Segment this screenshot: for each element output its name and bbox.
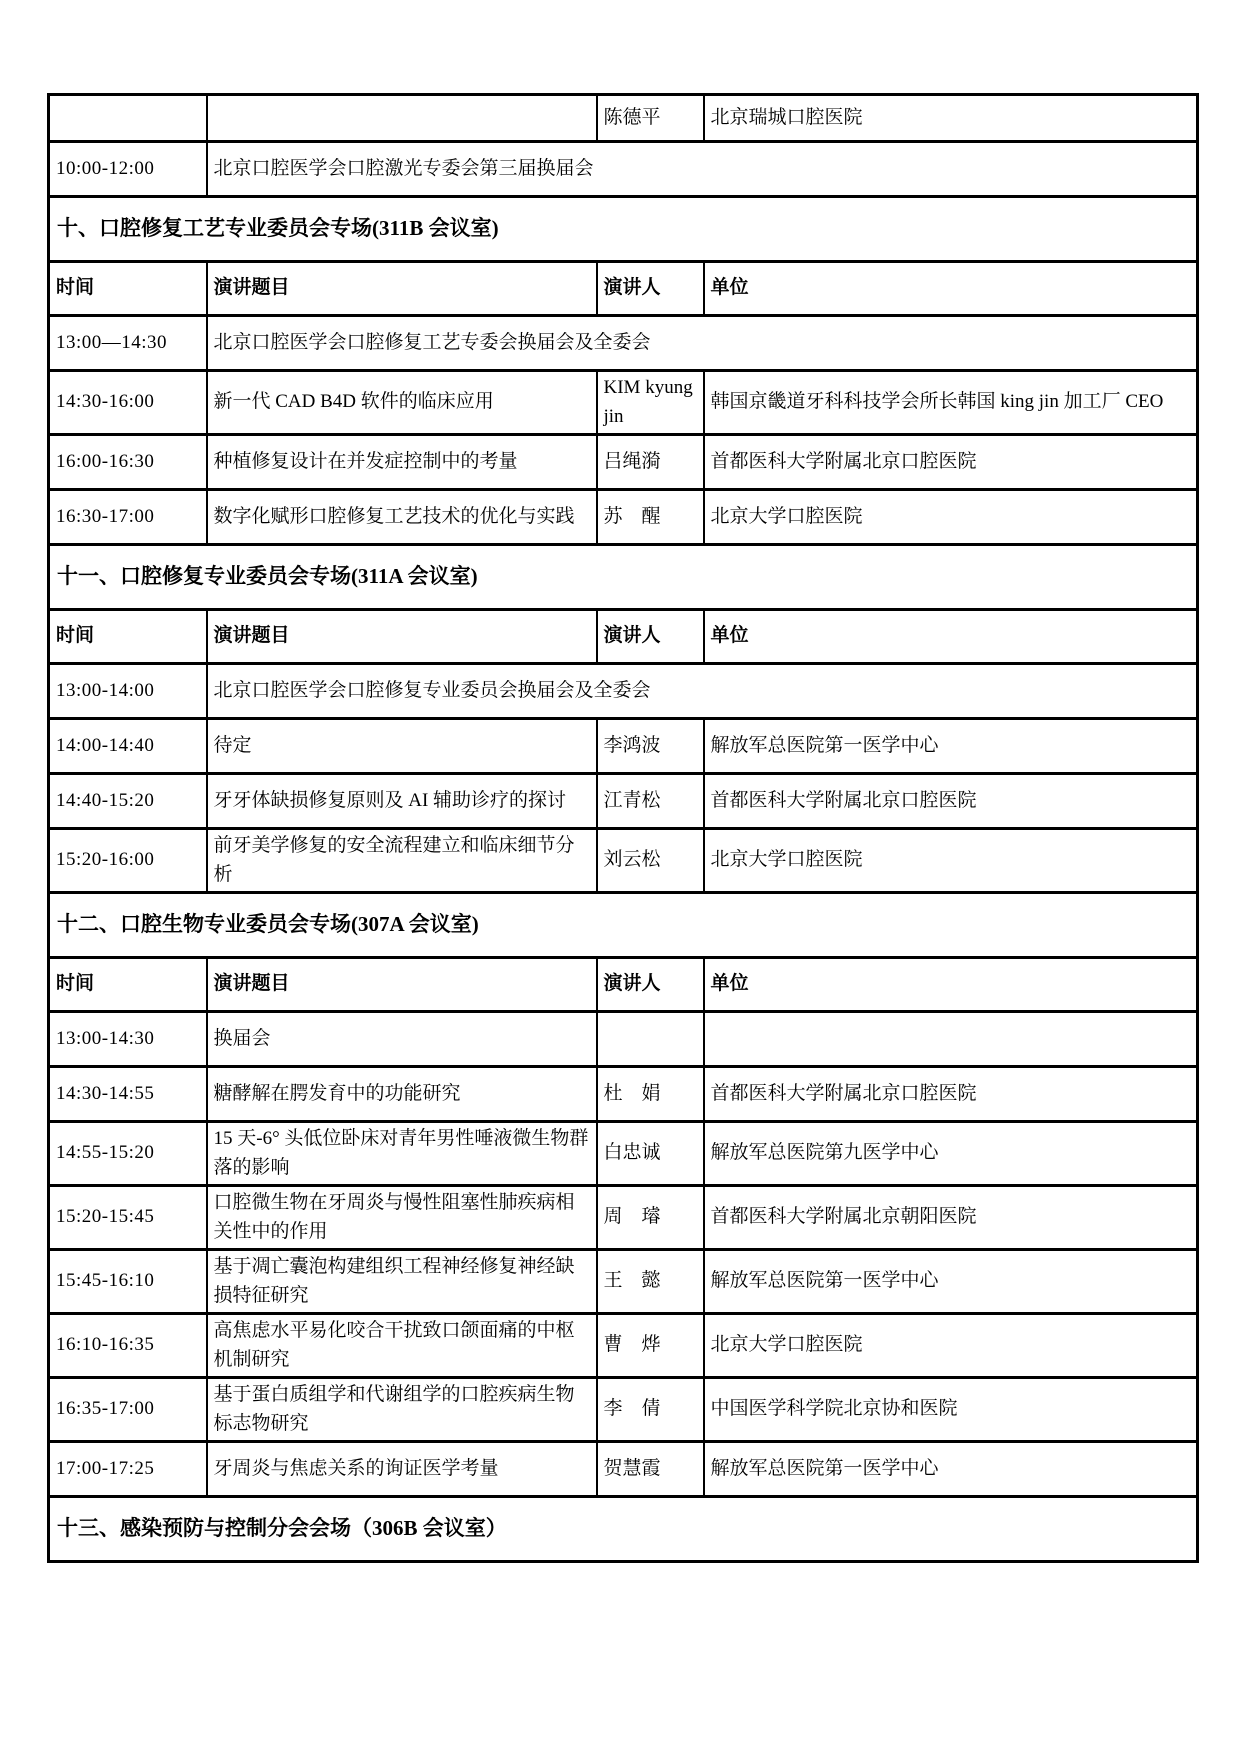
org-cell: 首都医科大学附属北京口腔医院	[704, 1067, 1198, 1122]
title-cell: 牙周炎与焦虑关系的询证医学考量	[207, 1442, 597, 1497]
section-row: 十一、口腔修复专业委员会专场(311A 会议室)	[49, 545, 1198, 610]
org-cell	[704, 1012, 1198, 1067]
column-header-time-cell: 时间	[49, 958, 207, 1012]
org-cell: 北京大学口腔医院	[704, 1314, 1198, 1378]
org-cell: 解放军总医院第一医学中心	[704, 1442, 1198, 1497]
title-cell	[207, 95, 597, 142]
column-header-org-cell: 单位	[704, 610, 1198, 664]
section-title: 十、口腔修复工艺专业委员会专场(311B 会议室)	[49, 197, 1198, 262]
table-row: 14:40-15:20牙牙体缺损修复原则及 AI 辅助诊疗的探讨江青松首都医科大…	[49, 774, 1198, 829]
time-cell: 15:20-16:00	[49, 829, 207, 893]
table-row: 16:00-16:30种植修复设计在并发症控制中的考量吕绳漪首都医科大学附属北京…	[49, 435, 1198, 490]
column-header-time-cell: 时间	[49, 610, 207, 664]
title-cell: 种植修复设计在并发症控制中的考量	[207, 435, 597, 490]
column-header-speaker-cell: 演讲人	[597, 958, 704, 1012]
speaker-cell: 李鸿波	[597, 719, 704, 774]
time-cell: 10:00-12:00	[49, 142, 207, 197]
title-cell: 高焦虑水平易化咬合干扰致口颌面痛的中枢机制研究	[207, 1314, 597, 1378]
org-cell: 韩国京畿道牙科科技学会所长韩国 king jin 加工厂 CEO	[704, 371, 1198, 435]
column-header-time-cell: 时间	[49, 262, 207, 316]
org-cell: 首都医科大学附属北京口腔医院	[704, 435, 1198, 490]
title-cell: 基于蛋白质组学和代谢组学的口腔疾病生物标志物研究	[207, 1378, 597, 1442]
section-row: 十三、感染预防与控制分会会场（306B 会议室）	[49, 1497, 1198, 1562]
table-row: 13:00-14:30换届会	[49, 1012, 1198, 1067]
table-row: 15:20-15:45口腔微生物在牙周炎与慢性阻塞性肺疾病相关性中的作用周 璿首…	[49, 1186, 1198, 1250]
org-cell: 北京大学口腔医院	[704, 829, 1198, 893]
column-header-row: 时间演讲题目演讲人单位	[49, 958, 1198, 1012]
speaker-cell: 苏 醒	[597, 490, 704, 545]
org-cell: 北京大学口腔医院	[704, 490, 1198, 545]
table-row: 10:00-12:00北京口腔医学会口腔激光专委会第三届换届会	[49, 142, 1198, 197]
time-cell: 13:00-14:30	[49, 1012, 207, 1067]
table-row: 14:00-14:40待定李鸿波解放军总医院第一医学中心	[49, 719, 1198, 774]
table-row: 14:55-15:2015 天-6° 头低位卧床对青年男性唾液微生物群落的影响白…	[49, 1122, 1198, 1186]
org-cell: 解放军总医院第一医学中心	[704, 1250, 1198, 1314]
title-cell: 北京口腔医学会口腔激光专委会第三届换届会	[207, 142, 1198, 197]
time-cell	[49, 95, 207, 142]
column-header-row: 时间演讲题目演讲人单位	[49, 610, 1198, 664]
column-header-org-cell: 单位	[704, 958, 1198, 1012]
column-header-row: 时间演讲题目演讲人单位	[49, 262, 1198, 316]
time-cell: 17:00-17:25	[49, 1442, 207, 1497]
table-row: 13:00-14:00北京口腔医学会口腔修复专业委员会换届会及全委会	[49, 664, 1198, 719]
column-header-title-cell: 演讲题目	[207, 610, 597, 664]
time-cell: 14:00-14:40	[49, 719, 207, 774]
time-cell: 14:40-15:20	[49, 774, 207, 829]
title-cell: 糖酵解在腭发育中的功能研究	[207, 1067, 597, 1122]
speaker-cell	[597, 1012, 704, 1067]
speaker-cell: 陈德平	[597, 95, 704, 142]
org-cell: 首都医科大学附属北京口腔医院	[704, 774, 1198, 829]
speaker-cell: 刘云松	[597, 829, 704, 893]
table-row: 17:00-17:25牙周炎与焦虑关系的询证医学考量贺慧霞解放军总医院第一医学中…	[49, 1442, 1198, 1497]
table-row: 13:00—14:30北京口腔医学会口腔修复工艺专委会换届会及全委会	[49, 316, 1198, 371]
title-cell: 15 天-6° 头低位卧床对青年男性唾液微生物群落的影响	[207, 1122, 597, 1186]
document-page: 陈德平北京瑞城口腔医院10:00-12:00北京口腔医学会口腔激光专委会第三届换…	[0, 0, 1241, 1754]
speaker-cell: 周 璿	[597, 1186, 704, 1250]
table-row: 14:30-16:00新一代 CAD B4D 软件的临床应用KIM kyung …	[49, 371, 1198, 435]
schedule-table: 陈德平北京瑞城口腔医院10:00-12:00北京口腔医学会口腔激光专委会第三届换…	[47, 93, 1199, 1563]
speaker-cell: 江青松	[597, 774, 704, 829]
column-header-title-cell: 演讲题目	[207, 262, 597, 316]
table-row: 陈德平北京瑞城口腔医院	[49, 95, 1198, 142]
title-cell: 牙牙体缺损修复原则及 AI 辅助诊疗的探讨	[207, 774, 597, 829]
time-cell: 14:30-16:00	[49, 371, 207, 435]
column-header-title-cell: 演讲题目	[207, 958, 597, 1012]
org-cell: 北京瑞城口腔医院	[704, 95, 1198, 142]
table-row: 16:35-17:00基于蛋白质组学和代谢组学的口腔疾病生物标志物研究李 倩中国…	[49, 1378, 1198, 1442]
schedule-table-body: 陈德平北京瑞城口腔医院10:00-12:00北京口腔医学会口腔激光专委会第三届换…	[49, 95, 1198, 1562]
column-header-speaker-cell: 演讲人	[597, 262, 704, 316]
section-row: 十、口腔修复工艺专业委员会专场(311B 会议室)	[49, 197, 1198, 262]
section-title: 十一、口腔修复专业委员会专场(311A 会议室)	[49, 545, 1198, 610]
time-cell: 14:30-14:55	[49, 1067, 207, 1122]
time-cell: 16:35-17:00	[49, 1378, 207, 1442]
speaker-cell: 吕绳漪	[597, 435, 704, 490]
title-cell: 数字化赋形口腔修复工艺技术的优化与实践	[207, 490, 597, 545]
org-cell: 解放军总医院第一医学中心	[704, 719, 1198, 774]
section-title: 十三、感染预防与控制分会会场（306B 会议室）	[49, 1497, 1198, 1562]
column-header-org-cell: 单位	[704, 262, 1198, 316]
speaker-cell: KIM kyung jin	[597, 371, 704, 435]
title-cell: 待定	[207, 719, 597, 774]
speaker-cell: 杜 娟	[597, 1067, 704, 1122]
title-cell: 基于凋亡囊泡构建组织工程神经修复神经缺损特征研究	[207, 1250, 597, 1314]
title-cell: 北京口腔医学会口腔修复专业委员会换届会及全委会	[207, 664, 1198, 719]
section-title: 十二、口腔生物专业委员会专场(307A 会议室)	[49, 893, 1198, 958]
speaker-cell: 曹 烨	[597, 1314, 704, 1378]
speaker-cell: 白忠诚	[597, 1122, 704, 1186]
time-cell: 15:45-16:10	[49, 1250, 207, 1314]
table-row: 15:20-16:00前牙美学修复的安全流程建立和临床细节分析刘云松北京大学口腔…	[49, 829, 1198, 893]
speaker-cell: 王 懿	[597, 1250, 704, 1314]
time-cell: 16:00-16:30	[49, 435, 207, 490]
section-row: 十二、口腔生物专业委员会专场(307A 会议室)	[49, 893, 1198, 958]
time-cell: 14:55-15:20	[49, 1122, 207, 1186]
title-cell: 口腔微生物在牙周炎与慢性阻塞性肺疾病相关性中的作用	[207, 1186, 597, 1250]
speaker-cell: 贺慧霞	[597, 1442, 704, 1497]
title-cell: 换届会	[207, 1012, 597, 1067]
org-cell: 中国医学科学院北京协和医院	[704, 1378, 1198, 1442]
org-cell: 解放军总医院第九医学中心	[704, 1122, 1198, 1186]
time-cell: 16:30-17:00	[49, 490, 207, 545]
table-row: 15:45-16:10基于凋亡囊泡构建组织工程神经修复神经缺损特征研究王 懿解放…	[49, 1250, 1198, 1314]
table-row: 14:30-14:55糖酵解在腭发育中的功能研究杜 娟首都医科大学附属北京口腔医…	[49, 1067, 1198, 1122]
column-header-speaker-cell: 演讲人	[597, 610, 704, 664]
time-cell: 16:10-16:35	[49, 1314, 207, 1378]
table-row: 16:30-17:00数字化赋形口腔修复工艺技术的优化与实践苏 醒北京大学口腔医…	[49, 490, 1198, 545]
speaker-cell: 李 倩	[597, 1378, 704, 1442]
time-cell: 13:00-14:00	[49, 664, 207, 719]
title-cell: 北京口腔医学会口腔修复工艺专委会换届会及全委会	[207, 316, 1198, 371]
time-cell: 13:00—14:30	[49, 316, 207, 371]
title-cell: 前牙美学修复的安全流程建立和临床细节分析	[207, 829, 597, 893]
time-cell: 15:20-15:45	[49, 1186, 207, 1250]
org-cell: 首都医科大学附属北京朝阳医院	[704, 1186, 1198, 1250]
title-cell: 新一代 CAD B4D 软件的临床应用	[207, 371, 597, 435]
table-row: 16:10-16:35高焦虑水平易化咬合干扰致口颌面痛的中枢机制研究曹 烨北京大…	[49, 1314, 1198, 1378]
